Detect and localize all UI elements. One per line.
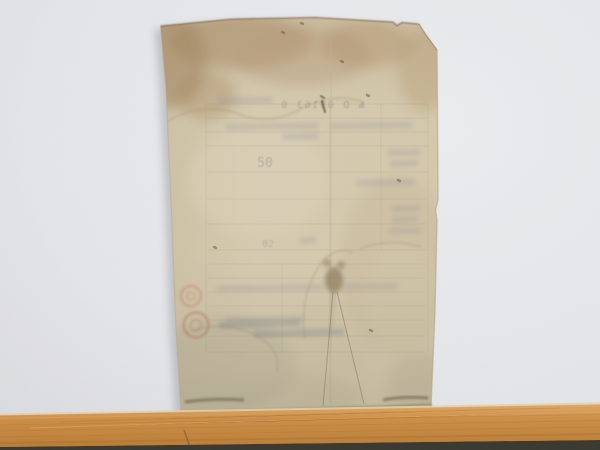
photo-grain-overlay [0,0,600,450]
photo-of-aged-document: № D 09163 0 50 02 [0,0,600,450]
photo-scene: № D 09163 0 50 02 [0,0,600,450]
